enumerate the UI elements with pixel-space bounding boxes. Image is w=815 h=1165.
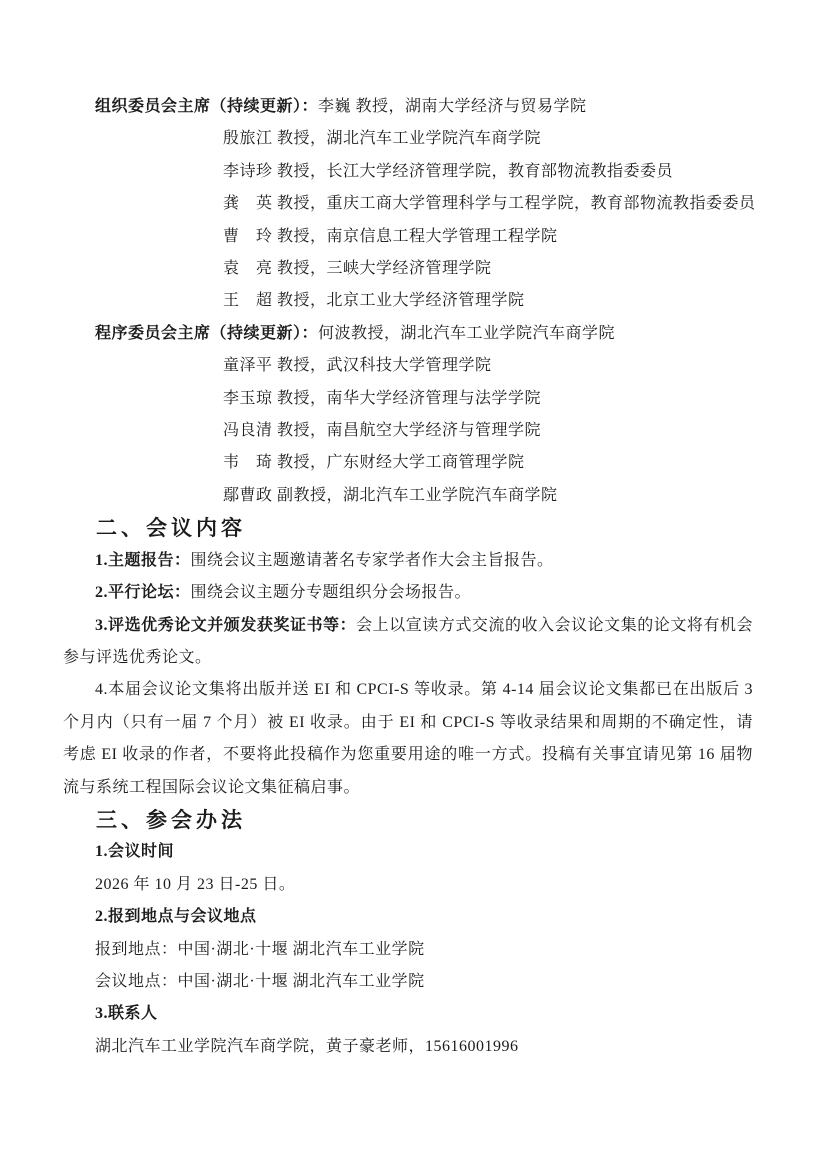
program-committee-member: 鄢曹政 副教授，湖北汽车工业学院汽车商学院 [63,480,753,512]
program-committee-member: 童泽平 教授，武汉科技大学管理学院 [63,350,753,382]
program-committee-label: 程序委员会主席（持续更新）： [95,325,318,342]
content-item-best-paper: 3.评选优秀论文并颁发获奖证书等：会上以宣读方式交流的收入会议论文集的论文将有机… [63,610,753,675]
content-item-text: 围绕会议主题分专题组织分会场报告。 [191,584,472,601]
content-item-lead: 1.主题报告： [95,552,191,569]
program-committee-member: 李玉琼 教授，南华大学经济管理与法学学院 [63,383,753,415]
org-committee-member: 王 超 教授，北京工业大学经济管理学院 [63,285,753,317]
content-item-keynote: 1.主题报告：围绕会议主题邀请著名专家学者作大会主旨报告。 [63,545,753,577]
org-committee-member: 殷旅江 教授，湖北汽车工业学院汽车商学院 [63,123,753,155]
program-committee-chair-line: 程序委员会主席（持续更新）：何波教授，湖北汽车工业学院汽车商学院 [63,318,753,350]
section-heading-participation: 三、参会办法 [63,804,753,836]
program-committee-member: 韦 琦 教授，广东财经大学工商管理学院 [63,447,753,479]
content-item-text: 围绕会议主题邀请著名专家学者作大会主旨报告。 [191,552,554,569]
org-committee-chair-line: 组织委员会主席（持续更新）：李巍 教授，湖南大学经济与贸易学院 [63,91,753,123]
subsection-heading-contact: 3.联系人 [63,998,753,1030]
content-item-text: 4.本届会议论文集将出版并送 EI 和 CPCI-S 等收录。第 4-14 届会… [63,681,753,795]
page-content: 组织委员会主席（持续更新）：李巍 教授，湖南大学经济与贸易学院 殷旅江 教授，湖… [63,91,753,1063]
content-item-proceedings-indexing: 4.本届会议论文集将出版并送 EI 和 CPCI-S 等收录。第 4-14 届会… [63,674,753,804]
contact-info-line: 湖北汽车工业学院汽车商学院，黄子豪老师，15616001996 [63,1031,753,1063]
section-heading-conference-content: 二、会议内容 [63,512,753,544]
program-committee-member: 冯良清 教授，南昌航空大学经济与管理学院 [63,415,753,447]
subsection-heading-conference-time: 1.会议时间 [63,836,753,868]
conference-date-line: 2026 年 10 月 23 日-25 日。 [63,869,753,901]
org-committee-member: 李诗珍 教授，长江大学经济管理学院，教育部物流教指委委员 [63,156,753,188]
program-committee-first-member: 何波教授，湖北汽车工业学院汽车商学院 [318,325,615,342]
conference-location-line: 会议地点：中国·湖北·十堰 湖北汽车工业学院 [63,966,753,998]
org-committee-member: 曹 玲 教授，南京信息工程大学管理工程学院 [63,221,753,253]
registration-location-line: 报到地点：中国·湖北·十堰 湖北汽车工业学院 [63,934,753,966]
org-committee-first-member: 李巍 教授，湖南大学经济与贸易学院 [318,98,587,115]
content-item-lead: 3.评选优秀论文并颁发获奖证书等： [95,617,356,634]
org-committee-member: 袁 亮 教授，三峡大学经济管理学院 [63,253,753,285]
subsection-heading-locations: 2.报到地点与会议地点 [63,901,753,933]
org-committee-member: 龚 英 教授，重庆工商大学管理科学与工程学院，教育部物流教指委委员 [63,188,753,220]
content-item-lead: 2.平行论坛： [95,584,191,601]
org-committee-label: 组织委员会主席（持续更新）： [95,98,318,115]
document-page: 组织委员会主席（持续更新）：李巍 教授，湖南大学经济与贸易学院 殷旅江 教授，湖… [0,0,815,1165]
content-item-parallel-forum: 2.平行论坛：围绕会议主题分专题组织分会场报告。 [63,577,753,609]
